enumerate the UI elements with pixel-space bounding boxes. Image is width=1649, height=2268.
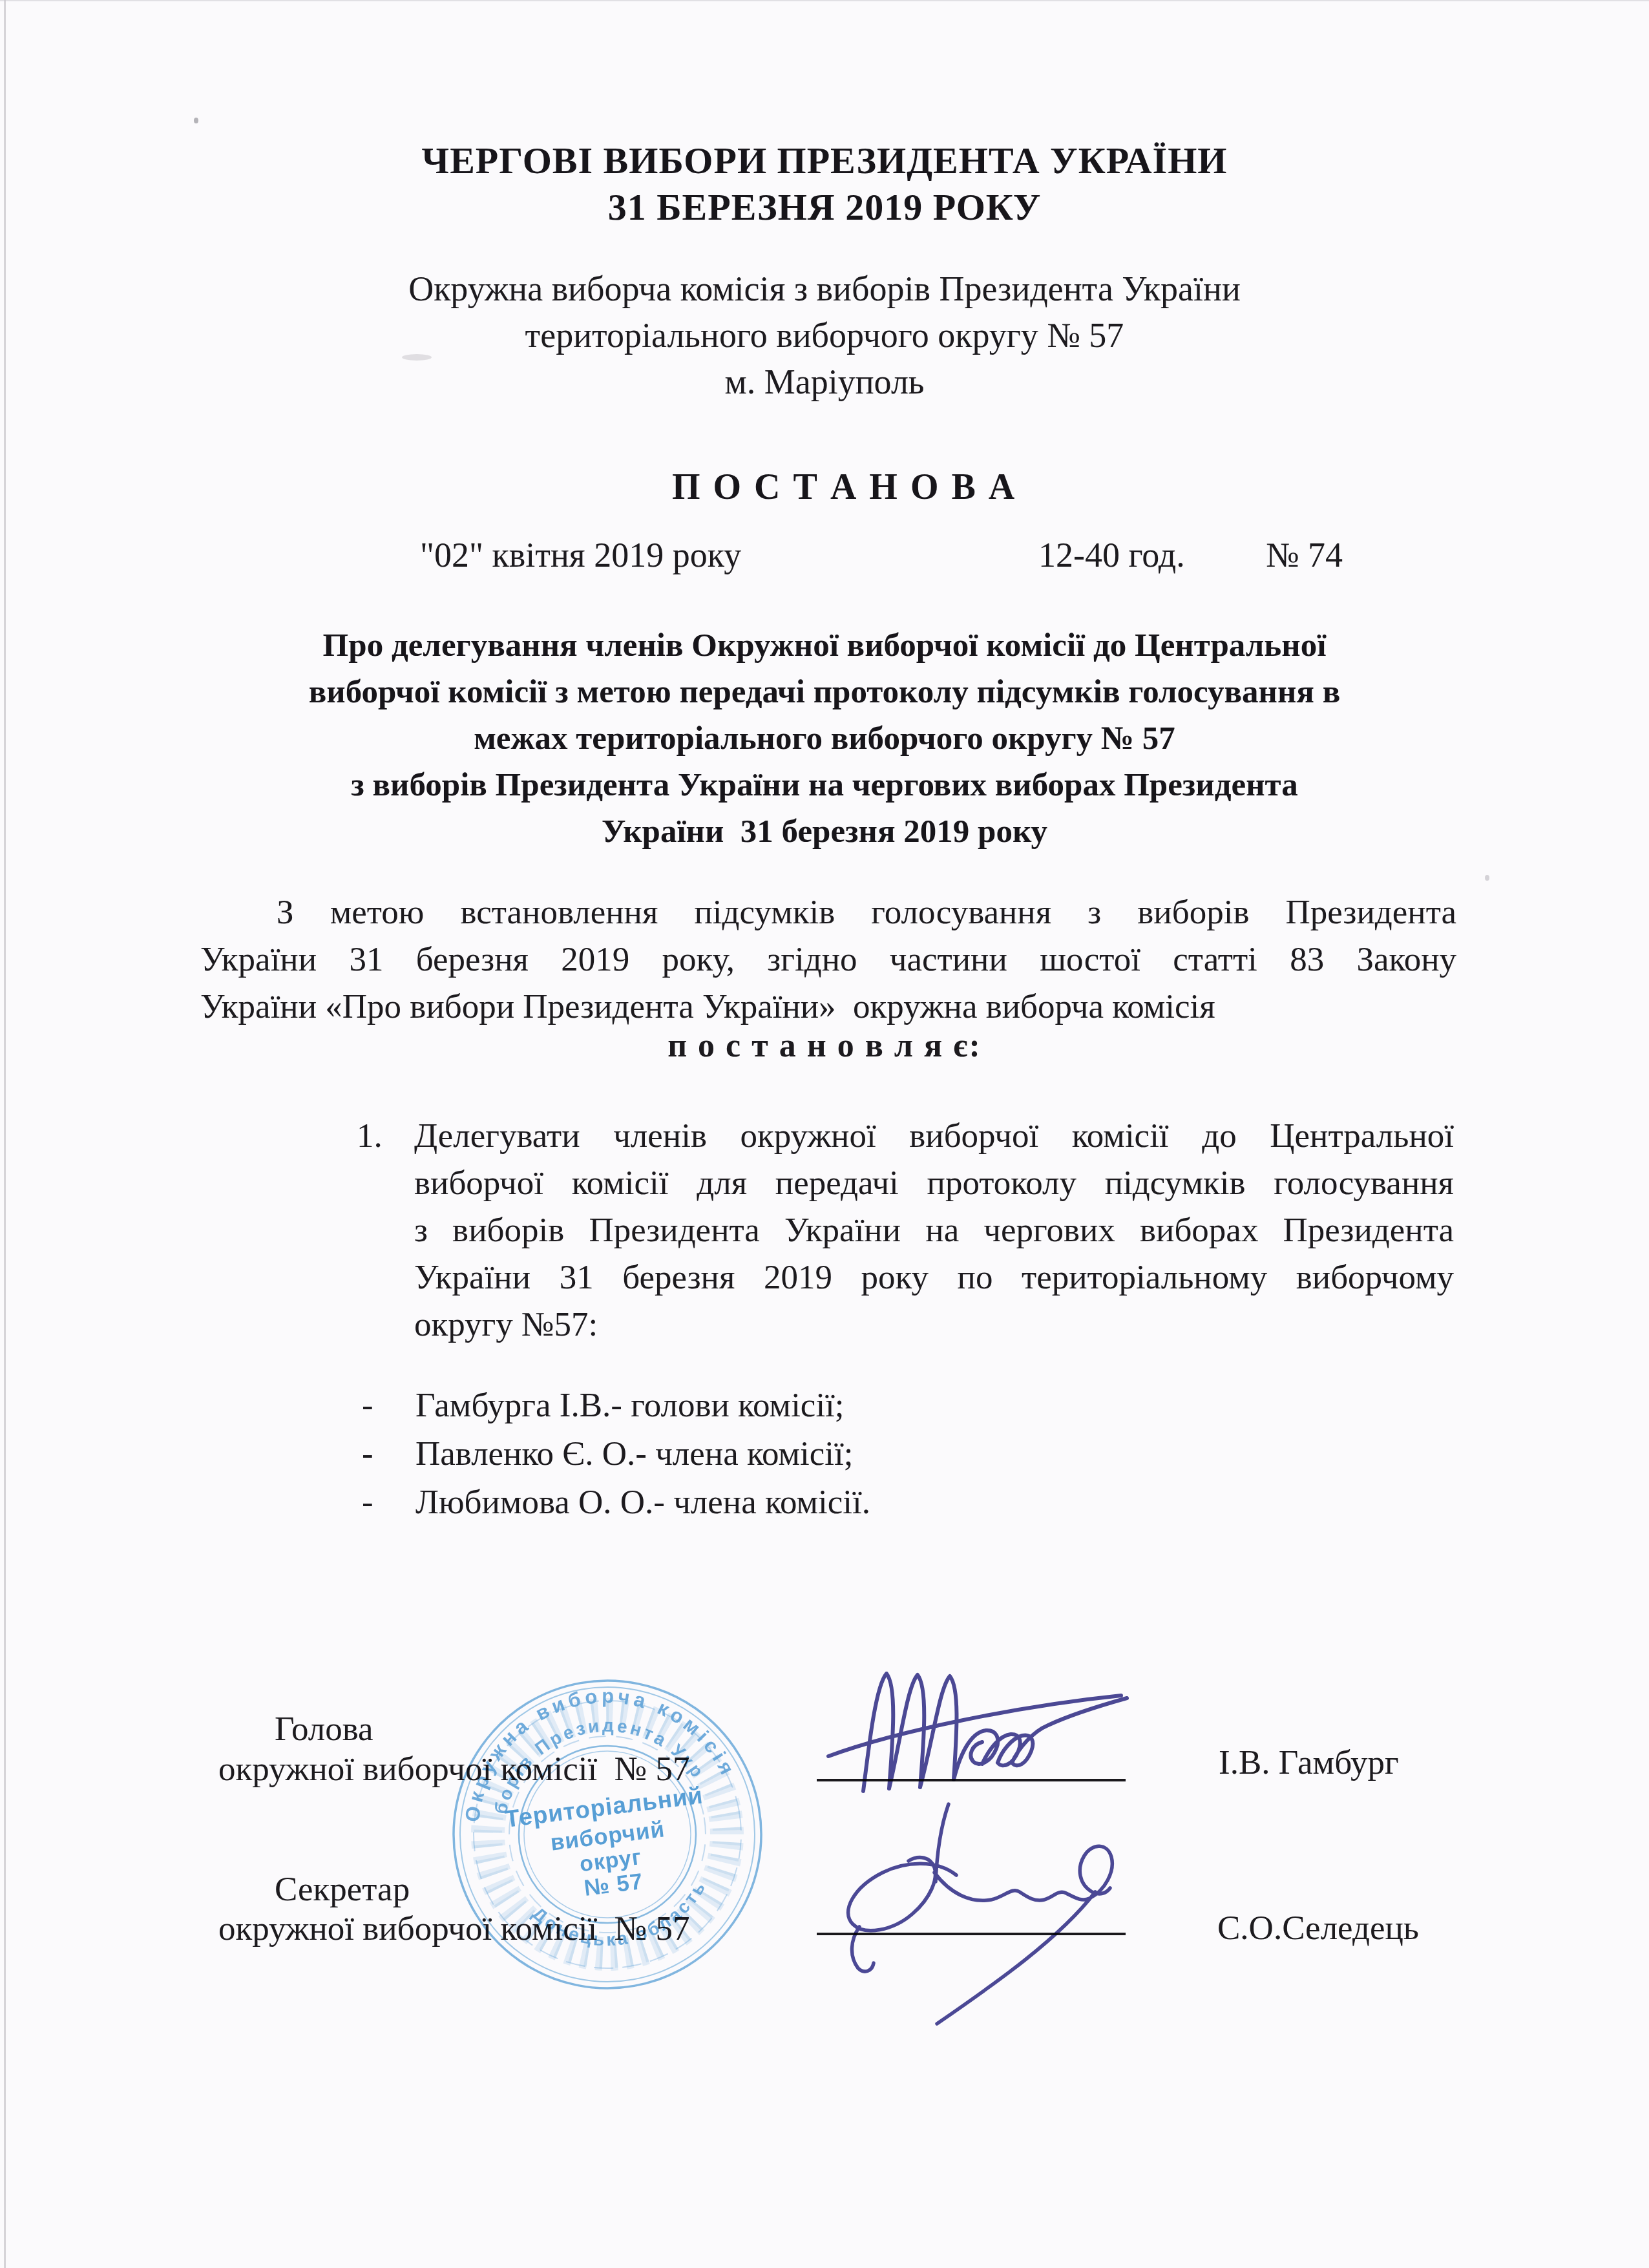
subject-line-1: Про делегування членів Окружної виборчої… — [0, 627, 1649, 664]
handwritten-signatures — [743, 1615, 1260, 2068]
preamble-line-2: України 31 березня 2019 року, згідно час… — [200, 940, 1456, 980]
item1-number: 1. — [357, 1117, 383, 1155]
subject-line-4: з виборів Президента України на чергових… — [0, 766, 1649, 804]
secretary-role-line-1: Секретар — [275, 1870, 410, 1909]
resolves-word: п о с т а н о в л я є: — [0, 1027, 1649, 1065]
secretary-signature-stroke — [848, 1804, 1113, 2024]
delegate-dash-3: - — [362, 1483, 373, 1522]
delegate-item-3: Любимова О. О.- члена комісії. — [415, 1483, 870, 1522]
item1-line-3: з виборів Президента України на чергових… — [414, 1211, 1454, 1251]
head-signature-stroke — [828, 1674, 1127, 1791]
stray-ink-mark — [194, 118, 198, 123]
stamp-center-texts: Територіальний виборчий округ № 57 — [503, 1782, 714, 1909]
subject-line-2: виборчої комісії з метою передачі проток… — [0, 673, 1649, 711]
subject-line-5: України 31 березня 2019 року — [0, 813, 1649, 850]
head-role-line-1: Голова — [275, 1710, 373, 1748]
round-stamp: Окружна виборча комісія з виборів Презид… — [438, 1665, 777, 2004]
delegate-dash-2: - — [362, 1434, 373, 1473]
delegate-item-1: Гамбурга І.В.- голови комісії; — [415, 1386, 845, 1425]
doc-date: "02" квітня 2019 року — [420, 535, 741, 575]
scan-edge-top — [0, 0, 1649, 1]
doc-number: № 74 — [1266, 535, 1343, 575]
scanned-document-page: ЧЕРГОВІ ВИБОРИ ПРЕЗИДЕНТА УКРАЇНИ 31 БЕР… — [0, 0, 1649, 2268]
preamble-line-1: З метою встановлення підсумків голосуван… — [200, 893, 1456, 933]
delegate-item-2: Павленко Є. О.- члена комісії; — [415, 1434, 853, 1473]
item1-line-4: України 31 березня 2019 року по територі… — [414, 1258, 1454, 1298]
doc-time: 12-40 год. — [1038, 535, 1185, 575]
title-line-2: 31 БЕРЕЗНЯ 2019 РОКУ — [0, 185, 1649, 229]
item1-line-1: Делегувати членів окружної виборчої комі… — [414, 1117, 1454, 1157]
delegate-dash-1: - — [362, 1386, 373, 1425]
org-line-2: територіального виборчого округу № 57 — [0, 315, 1649, 355]
item1-line-2: виборчої комісії для передачі протоколу … — [414, 1164, 1454, 1204]
org-line-1: Окружна виборча комісія з виборів Презид… — [0, 269, 1649, 309]
title-line-1: ЧЕРГОВІ ВИБОРИ ПРЕЗИДЕНТА УКРАЇНИ — [0, 139, 1649, 182]
org-line-3: м. Маріуполь — [0, 362, 1649, 402]
doc-type-label: П О С Т А Н О В А — [672, 467, 1016, 508]
item1-line-5: округу №57: — [414, 1305, 598, 1344]
subject-line-3: межах територіального виборчого округу №… — [0, 720, 1649, 757]
preamble-line-3: України «Про вибори Президента України» … — [200, 987, 1215, 1026]
signature-strokes — [828, 1674, 1127, 2024]
stray-ink-dot — [1485, 875, 1489, 881]
